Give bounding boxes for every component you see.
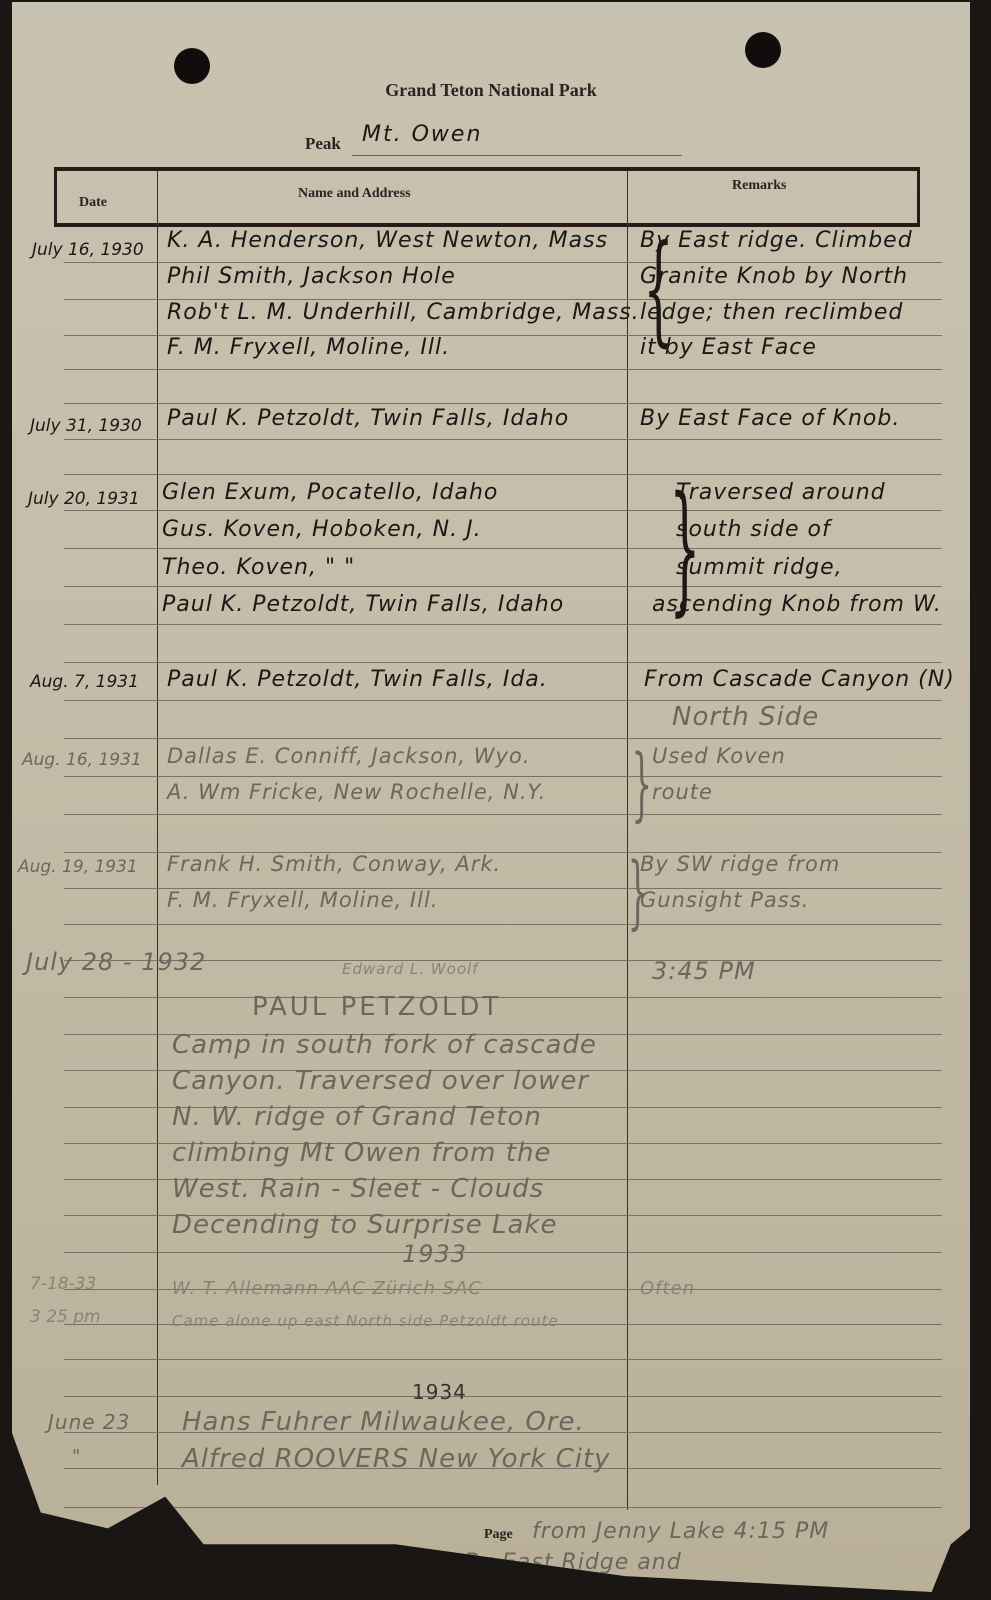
entry-remark: Traversed around <box>676 480 886 505</box>
ruled-line <box>64 924 942 925</box>
ruled-line <box>64 814 942 815</box>
footer-note: arrived top 8:05 PM. By East Ridge and <box>212 1550 682 1575</box>
entry-remark: Used Koven <box>652 744 786 768</box>
entry-remark: By East Face of Knob. <box>640 406 900 431</box>
entry-name: Paul K. Petzoldt, Twin Falls, Idaho <box>167 406 569 431</box>
entry-name: Glen Exum, Pocatello, Idaho <box>162 480 498 505</box>
ruled-line <box>64 548 942 549</box>
entry-date: Aug. 19, 1931 <box>18 857 138 877</box>
ruled-line <box>64 474 942 475</box>
entry-remark: ledge; then reclimbed <box>640 300 903 325</box>
entry-date: July 28 - 1932 <box>26 948 206 976</box>
entry-date: 7-18-33 <box>30 1274 96 1294</box>
entry-name: Paul K. Petzoldt, Twin Falls, Idaho <box>162 592 564 617</box>
entry-remark: it by East Face <box>640 335 817 360</box>
entry-remark: By SW ridge from <box>640 852 840 876</box>
entry-name: Paul K. Petzoldt, Twin Falls, Ida. <box>167 667 548 692</box>
entry-note: West. Rain - Sleet - Clouds <box>172 1174 544 1204</box>
footer-note: from Jenny Lake 4:15 PM <box>532 1519 829 1544</box>
column-header-remarks: Remarks <box>732 178 786 194</box>
entry-date: June 23 <box>48 1410 130 1434</box>
register-page: Grand Teton National Park Peak Mt. Owen … <box>12 2 970 1592</box>
peak-value: Mt. Owen <box>362 122 482 147</box>
page-label: Page <box>484 1527 513 1543</box>
entry-remark: By East ridge. Climbed <box>640 228 913 253</box>
year-marker: 1934 <box>412 1380 467 1404</box>
punch-hole-right <box>745 32 781 68</box>
ruled-line <box>64 700 942 701</box>
entry-note: climbing Mt Owen from the <box>172 1138 551 1168</box>
punch-hole-left <box>174 48 210 84</box>
entry-date-ditto: " <box>72 1446 81 1467</box>
entry-name: A. Wm Fricke, New Rochelle, N.Y. <box>167 780 546 804</box>
entry-name: F. M. Fryxell, Moline, Ill. <box>167 888 438 912</box>
entry-time: 3 25 pm <box>30 1307 101 1327</box>
ruled-line <box>64 262 942 263</box>
ruled-line <box>64 624 942 625</box>
ruled-line <box>64 1359 942 1360</box>
entry-remark: summit ridge, <box>676 555 843 580</box>
ruled-line <box>64 403 942 404</box>
ruled-line <box>64 738 942 739</box>
entry-name: Rob't L. M. Underhill, Cambridge, Mass. <box>167 300 640 325</box>
park-title: Grand Teton National Park <box>12 80 970 101</box>
column-divider-remarks <box>627 170 628 1510</box>
entry-name: PAUL PETZOLDT <box>252 992 501 1022</box>
entry-name: K. A. Henderson, West Newton, Mass <box>167 228 608 253</box>
entry-date: Aug. 16, 1931 <box>22 750 142 770</box>
ruled-line <box>64 1396 942 1397</box>
column-divider-date <box>157 170 158 1485</box>
entry-remark: 3:45 PM <box>652 957 756 985</box>
ruled-line <box>64 586 942 587</box>
peak-underline <box>352 155 682 156</box>
entry-remark: south side of <box>676 517 831 542</box>
entry-remark: Granite Knob by North <box>640 264 908 289</box>
entry-date: Aug. 7, 1931 <box>30 672 139 692</box>
entry-date: July 16, 1930 <box>32 240 144 260</box>
column-header-name-address: Name and Address <box>298 186 411 202</box>
entry-note: Camp in south fork of cascade <box>172 1030 597 1060</box>
entry-remark: Gunsight Pass. <box>640 888 809 912</box>
ruled-line <box>64 439 942 440</box>
ruled-line <box>64 369 942 370</box>
column-header-date: Date <box>79 195 107 211</box>
peak-label: Peak <box>305 134 341 154</box>
ruled-line <box>64 662 942 663</box>
year-marker: 1933 <box>402 1240 467 1268</box>
entry-name: F. M. Fryxell, Moline, Ill. <box>167 335 450 360</box>
entry-name: Edward L. Woolf <box>342 960 478 978</box>
entry-remark: North Side <box>672 702 819 732</box>
table-header <box>54 167 920 227</box>
entry-note: N. W. ridge of Grand Teton <box>172 1102 542 1132</box>
entry-name: Came alone up east North side Petzoldt r… <box>172 1312 559 1330</box>
ruled-line <box>64 1252 942 1253</box>
ruled-line <box>64 776 942 777</box>
ruled-line <box>64 1507 942 1508</box>
entry-name: Alfred ROOVERS New York City <box>182 1444 611 1474</box>
entry-remark: Often <box>640 1278 695 1299</box>
entry-name: Hans Fuhrer Milwaukee, Ore. <box>182 1407 585 1437</box>
entry-name: Dallas E. Conniff, Jackson, Wyo. <box>167 744 530 768</box>
entry-date: July 20, 1931 <box>28 489 140 509</box>
ruled-line <box>64 997 942 998</box>
entry-name: Frank H. Smith, Conway, Ark. <box>167 852 501 876</box>
entry-remark: route <box>652 780 713 804</box>
entry-name: Gus. Koven, Hoboken, N. J. <box>162 517 482 542</box>
entry-remark: From Cascade Canyon (N) <box>644 667 955 692</box>
entry-name: Theo. Koven, " " <box>162 555 355 580</box>
entry-name: W. T. Allemann AAC Zürich SAC <box>172 1278 482 1299</box>
entry-note: Canyon. Traversed over lower <box>172 1066 589 1096</box>
entry-remark: ascending Knob from W. <box>652 592 942 617</box>
entry-name: Phil Smith, Jackson Hole <box>167 264 456 289</box>
brace-icon: } <box>632 737 653 830</box>
ruled-line <box>64 510 942 511</box>
entry-date: July 31, 1930 <box>30 416 142 436</box>
entry-note: Decending to Surprise Lake <box>172 1210 558 1240</box>
